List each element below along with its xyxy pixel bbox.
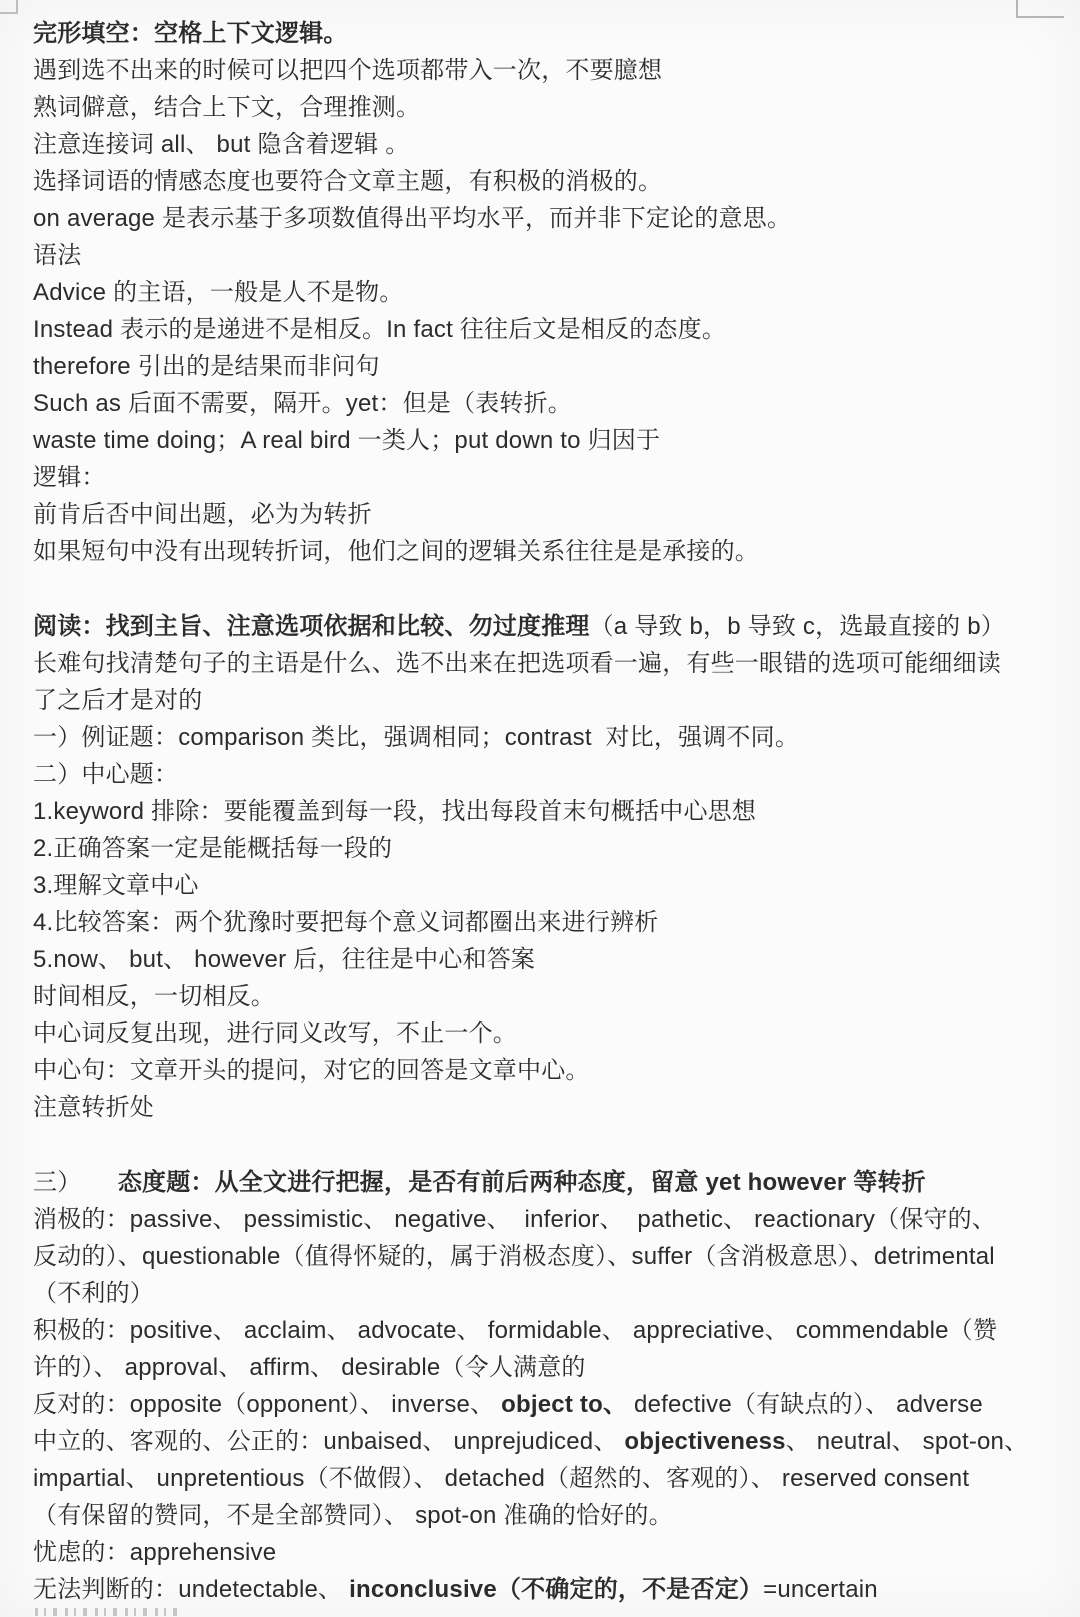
text-line: Instead 表示的是递进不是相反。In fact 往往后文是相反的态度。: [33, 311, 1047, 348]
text-line: waste time doing；A real bird 一类人；put dow…: [33, 422, 1047, 459]
text-line: 1.keyword 排除：要能覆盖到每一段，找出每段首末句概括中心思想: [33, 793, 1047, 830]
text-line: 许的）、 approval、 affirm、 desirable（令人满意的: [33, 1349, 1047, 1386]
bold-text-segment: 阅读：找到主旨、注意选项依据和比较、勿过度推理: [33, 613, 590, 640]
text-line: 一）例证题：comparison 类比，强调相同；contrast 对比，强调不…: [33, 719, 1047, 756]
text-segment: 前肯后否中间出题，必为为转折: [33, 501, 372, 528]
cloze-section: 完形填空：空格上下文逻辑。遇到选不出来的时候可以把四个选项都带入一次，不要臆想熟…: [33, 15, 1047, 570]
text-segment: waste time doing；A real bird 一类人；put dow…: [33, 427, 660, 454]
text-segment: 语法: [33, 242, 81, 269]
bold-text-segment: 完形填空：空格上下文逻辑。: [33, 20, 348, 47]
text-segment: 积极的：positive、 acclaim、 advocate、 formida…: [33, 1317, 997, 1344]
text-segment: 反动的）、questionable（值得怀疑的，属于消极态度）、suffer（含…: [33, 1243, 995, 1270]
text-segment: 2.正确答案一定是能概括每一段的: [33, 835, 392, 862]
text-segment: （a 导致 b，b 导致 c，选最直接的 b）: [590, 613, 1005, 640]
text-line: 注意转折处: [33, 1089, 1047, 1126]
text-line: therefore 引出的是结果而非问句: [33, 348, 1047, 385]
text-line: 消极的：passive、 pessimistic、 negative、 infe…: [33, 1201, 1047, 1238]
text-line: 2.正确答案一定是能概括每一段的: [33, 830, 1047, 867]
text-segment: 中心句：文章开头的提问，对它的回答是文章中心。: [33, 1057, 590, 1084]
text-segment: Such as 后面不需要，隔开。yet：但是（表转折。: [33, 390, 572, 417]
text-line: 了之后才是对的: [33, 682, 1047, 719]
bold-text-segment: object to、: [501, 1391, 627, 1418]
text-segment: therefore 引出的是结果而非问句: [33, 353, 380, 380]
text-line: （不利的）: [33, 1275, 1047, 1312]
text-segment: Advice 的主语，一般是人不是物。: [33, 279, 404, 306]
text-line: 中心句：文章开头的提问，对它的回答是文章中心。: [33, 1052, 1047, 1089]
text-segment: 中立的、客观的、公正的：unbaised、 unprejudiced、: [33, 1428, 624, 1455]
bold-text-segment: objectiveness: [624, 1428, 785, 1455]
text-segment: impartial、 unpretentious（不做假）、 detached（…: [33, 1465, 969, 1492]
text-segment: 长难句找清楚句子的主语是什么、选不出来在把选项看一遍，有些一眼错的选项可能细细读: [33, 650, 1001, 677]
text-line: Such as 后面不需要，隔开。yet：但是（表转折。: [33, 385, 1047, 422]
bold-text-segment: inconclusive（不确定的，不是否定）: [349, 1576, 763, 1603]
text-line: 如果短句中没有出现转折词，他们之间的逻辑关系往往是是承接的。: [33, 533, 1047, 570]
text-line: 5.now、 but、 however 后，往往是中心和答案: [33, 941, 1047, 978]
attitude-section: 三） 态度题：从全文进行把握，是否有前后两种态度，留意 yet however …: [33, 1164, 1047, 1608]
text-line: 无法判断的：undetectable、 inconclusive（不确定的，不是…: [33, 1571, 1047, 1608]
text-segment: （不利的）: [33, 1280, 154, 1307]
text-line: 反动的）、questionable（值得怀疑的，属于消极态度）、suffer（含…: [33, 1238, 1047, 1275]
text-segment: 1.keyword 排除：要能覆盖到每一段，找出每段首末句概括中心思想: [33, 798, 756, 825]
text-segment: Instead 表示的是递进不是相反。In fact 往往后文是相反的态度。: [33, 316, 726, 343]
text-segment: 三）: [33, 1169, 118, 1196]
text-segment: 注意转折处: [33, 1094, 154, 1121]
text-line: 三） 态度题：从全文进行把握，是否有前后两种态度，留意 yet however …: [33, 1164, 1047, 1201]
text-segment: defective（有缺点的）、 adverse: [627, 1391, 983, 1418]
text-segment: 注意连接词 all、 but 隐含着逻辑 。: [33, 131, 409, 158]
text-line: 完形填空：空格上下文逻辑。: [33, 15, 1047, 52]
text-segment: 反对的：opposite（opponent）、 inverse、: [33, 1391, 501, 1418]
text-line: 时间相反，一切相反。: [33, 978, 1047, 1015]
reading-section: 阅读：找到主旨、注意选项依据和比较、勿过度推理（a 导致 b，b 导致 c，选最…: [33, 608, 1047, 1126]
text-segment: 熟词僻意，结合上下文，合理推测。: [33, 94, 420, 121]
text-line: 选择词语的情感态度也要符合文章主题，有积极的消极的。: [33, 163, 1047, 200]
text-segment: 二）中心题：: [33, 761, 178, 788]
text-line: 3.理解文章中心: [33, 867, 1047, 904]
text-segment: （有保留的赞同，不是全部赞同）、 spot-on 准确的恰好的。: [33, 1502, 673, 1529]
text-line: on average 是表示基于多项数值得出平均水平，而并非下定论的意思。: [33, 200, 1047, 237]
text-line: 长难句找清楚句子的主语是什么、选不出来在把选项看一遍，有些一眼错的选项可能细细读: [33, 645, 1047, 682]
text-segment: 5.now、 but、 however 后，往往是中心和答案: [33, 946, 535, 973]
text-segment: 许的）、 approval、 affirm、 desirable（令人满意的: [33, 1354, 586, 1381]
text-line: 前肯后否中间出题，必为为转折: [33, 496, 1047, 533]
text-line: 熟词僻意，结合上下文，合理推测。: [33, 89, 1047, 126]
text-line: 逻辑：: [33, 459, 1047, 496]
text-segment: on average 是表示基于多项数值得出平均水平，而并非下定论的意思。: [33, 205, 791, 232]
text-segment: 消极的：passive、 pessimistic、 negative、 infe…: [33, 1206, 996, 1233]
text-segment: 逻辑：: [33, 464, 106, 491]
cutoff-text-fragment: [35, 1608, 185, 1616]
text-segment: 忧虑的：apprehensive: [33, 1539, 276, 1566]
text-segment: 选择词语的情感态度也要符合文章主题，有积极的消极的。: [33, 168, 662, 195]
text-segment: =uncertain: [763, 1576, 878, 1603]
bold-text-segment: 态度题：从全文进行把握，是否有前后两种态度，留意 yet however 等转折: [118, 1169, 926, 1196]
text-line: 中立的、客观的、公正的：unbaised、 unprejudiced、 obje…: [33, 1423, 1047, 1460]
text-line: Advice 的主语，一般是人不是物。: [33, 274, 1047, 311]
text-line: 4.比较答案：两个犹豫时要把每个意义词都圈出来进行辨析: [33, 904, 1047, 941]
text-line: 积极的：positive、 acclaim、 advocate、 formida…: [33, 1312, 1047, 1349]
text-line: 二）中心题：: [33, 756, 1047, 793]
text-segment: 时间相反，一切相反。: [33, 983, 275, 1010]
text-line: 阅读：找到主旨、注意选项依据和比较、勿过度推理（a 导致 b，b 导致 c，选最…: [33, 608, 1047, 645]
text-segment: 、 neutral、 spot-on、: [786, 1428, 1029, 1455]
text-segment: 中心词反复出现，进行同义改写，不止一个。: [33, 1020, 517, 1047]
text-line: impartial、 unpretentious（不做假）、 detached（…: [33, 1460, 1047, 1497]
text-line: 忧虑的：apprehensive: [33, 1534, 1047, 1571]
text-segment: 3.理解文章中心: [33, 872, 199, 899]
notes-document: 完形填空：空格上下文逻辑。遇到选不出来的时候可以把四个选项都带入一次，不要臆想熟…: [0, 0, 1080, 1608]
text-segment: 遇到选不出来的时候可以把四个选项都带入一次，不要臆想: [33, 57, 662, 84]
text-segment: 4.比较答案：两个犹豫时要把每个意义词都圈出来进行辨析: [33, 909, 658, 936]
text-line: 遇到选不出来的时候可以把四个选项都带入一次，不要臆想: [33, 52, 1047, 89]
text-line: 注意连接词 all、 but 隐含着逻辑 。: [33, 126, 1047, 163]
text-segment: 了之后才是对的: [33, 687, 202, 714]
text-line: （有保留的赞同，不是全部赞同）、 spot-on 准确的恰好的。: [33, 1497, 1047, 1534]
text-segment: 如果短句中没有出现转折词，他们之间的逻辑关系往往是是承接的。: [33, 538, 759, 565]
text-segment: 一）例证题：comparison 类比，强调相同；contrast 对比，强调不…: [33, 724, 799, 751]
text-line: 反对的：opposite（opponent）、 inverse、 object …: [33, 1386, 1047, 1423]
text-line: 语法: [33, 237, 1047, 274]
text-line: 中心词反复出现，进行同义改写，不止一个。: [33, 1015, 1047, 1052]
text-segment: 无法判断的：undetectable、: [33, 1576, 349, 1603]
